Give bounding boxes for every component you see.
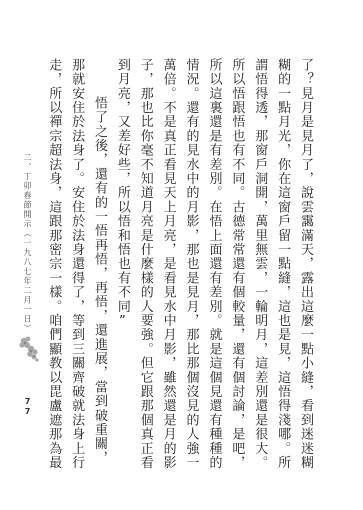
vertical-text-body: 了？見月是見月了，說雲靄滿天，露出這麼一點小縫，看到迷迷糊 糊的一點月光，你在這…	[45, 58, 313, 472]
text-column-8: 子，那也比你毫不知道月亮是什麼樣的人要強。但它跟那個真正看	[137, 58, 153, 472]
text-column-10-paragraph-start: 悟了之後，還有的一悟再悟，再悟，還進展，當到破重關，	[91, 58, 107, 472]
text-column-1: 了？見月是見月了，說雲靄滿天，露出這麼一點小縫，看到迷迷糊	[297, 58, 313, 472]
page-number: 77	[22, 397, 32, 417]
text-column-6: 情況。還有的見水中的月影，那也是見月，那比那個沒見的人強一	[183, 58, 199, 472]
text-column-3: 謂悟得透，那窗戶洞開，萬里無雲，一輪明月，這差別還是很大。	[251, 58, 267, 472]
flower-ornament-icon	[17, 335, 41, 363]
text-column-4: 所以悟跟悟也有不同。古德常常還有個較量，還有個討論，是吧，	[228, 58, 244, 472]
text-column-12: 走，所以禪宗超法身，這跟那密宗一樣。咱們顯教以毘盧遮那為最	[45, 58, 61, 472]
text-column-2: 糊的一點月光，你在這窗戶留一點縫，這也是見，這悟得淺哪。所	[274, 58, 290, 472]
text-column-11: 那就安住於法身了。安住於法身還得了，等到三關齊破就法身上行	[68, 58, 84, 472]
book-page: 了？見月是見月了，說雲靄滿天，露出這麼一點小縫，看到迷迷糊 糊的一點月光，你在這…	[0, 0, 363, 510]
running-header: 二、丁卯春節開示（一九八七年二月一日）	[21, 153, 33, 334]
text-column-9: 到月亮，又差好些，所以悟和悟也有不同”	[114, 58, 130, 472]
text-column-7: 萬倍。不是真正看見天上月亮，是看見水中月影，雖然還是月的影	[160, 58, 176, 472]
text-column-5: 所以這裏還是有差別。在悟上面還有差別。就是這個見還有種種的	[205, 58, 221, 472]
